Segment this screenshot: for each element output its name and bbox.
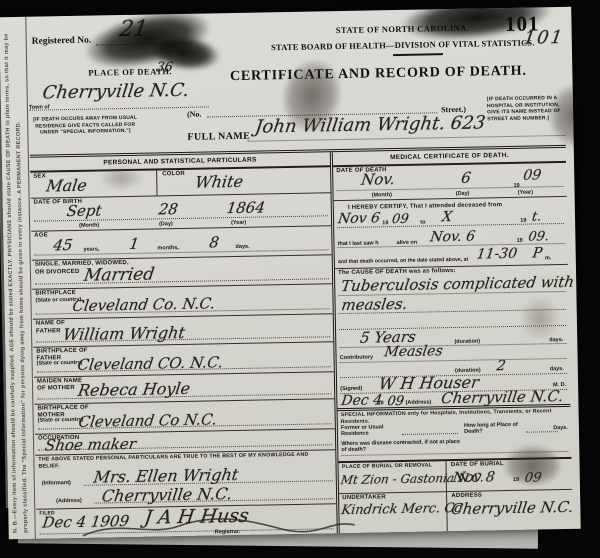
contributory-value: Measles — [384, 343, 444, 360]
dob-month-cap: (Month) — [79, 222, 99, 228]
contributory-label: Contributory — [340, 354, 373, 361]
death-certificate-document: N. B.—Every item of information should b… — [0, 7, 581, 539]
street-no-label: (No. — [187, 110, 202, 119]
burial-row-2: UNDERTAKER Kindrick Merc. Co ADDRESS Che… — [339, 490, 573, 533]
dod-day-cap: (Day) — [456, 191, 470, 197]
dod-year-cap: (Year) — [518, 190, 533, 196]
how-long-label: How long at Place of Death? — [464, 422, 526, 435]
header-divider — [393, 53, 443, 56]
attended-from-date: Nov 6 — [337, 210, 381, 227]
last-saw-year-hand: 09. — [527, 229, 550, 244]
contrib-duration-value: 2 — [496, 358, 507, 374]
undertaker-address-cell: ADDRESS Cherryville N.C. — [447, 490, 572, 531]
days-label: Days. — [553, 425, 568, 431]
undertaker-label: UNDERTAKER — [342, 494, 386, 502]
certificate-body: PERSONAL AND STATISTICAL PARTICULARS SEX… — [30, 145, 573, 539]
attended-to-mark: X — [441, 209, 453, 225]
undertaker-address-value: Cherryville N.C. — [450, 498, 575, 518]
attended-from-year-hand: 09 — [391, 212, 410, 227]
color-cell: COLOR White — [157, 167, 331, 195]
burial-place-label: PLACE OF BURIAL OR REMOVAL — [342, 462, 432, 470]
cause-value-line2: measles. — [340, 295, 408, 314]
sex-label: SEX — [33, 173, 46, 181]
mother-bp-value: Cleveland Co N.C. — [77, 410, 218, 431]
age-months-cap: months, — [157, 245, 178, 251]
age-label: AGE — [34, 232, 48, 240]
former-residence-line — [402, 433, 458, 435]
last-saw-date: Nov. 6 — [429, 229, 476, 246]
dod-day: 6 — [460, 169, 472, 187]
signed-address-value: Cherryville N.C. — [440, 387, 565, 407]
signed-year-printed: 19 — [378, 400, 384, 406]
dod-month: Nov. — [360, 170, 396, 189]
place-of-death-value: Cherryville N.C. — [41, 80, 190, 104]
mother-value: Rebeca Hoyle — [77, 379, 192, 400]
last-saw-year-printed: 19 — [517, 238, 523, 244]
color-value: White — [194, 172, 244, 192]
margin-line-2: The "Special Information" for persons dy… — [16, 121, 28, 475]
burial-date-value: Nov 8 — [452, 469, 496, 486]
marital-line — [35, 279, 329, 285]
dob-day-cap: (Day) — [159, 221, 173, 227]
age-years-value: 45 — [52, 236, 74, 254]
personal-particulars-column: PERSONAL AND STATISTICAL PARTICULARS SEX… — [30, 152, 340, 538]
attended-to-year-hand: t. — [531, 209, 542, 224]
color-label: COLOR — [162, 171, 185, 179]
father-bp-cap: (State or country) — [37, 359, 83, 366]
where-contracted-label: Where was disease contracted, if not at … — [341, 439, 461, 453]
signed-label: (Signed) — [340, 386, 362, 392]
residence-note: [If death occurs away from USUAL RESIDEN… — [29, 115, 141, 137]
father-value: William Wright — [62, 323, 187, 344]
informant-label: (Informant) — [42, 480, 71, 487]
birthplace-value: Cleveland Co. N.C. — [71, 295, 216, 316]
full-name-label: FULL NAME — [187, 131, 250, 143]
duration-days-cap: days. — [549, 337, 563, 343]
certificate-title: CERTIFICATE AND RECORD OF DEATH. — [188, 63, 568, 86]
attended-to-year-printed: 19 — [520, 218, 526, 224]
contrib-days-cap: days. — [550, 366, 564, 372]
signed-year-hand: 09 — [386, 394, 405, 409]
how-long-line — [526, 431, 558, 433]
informant-address-label: (Address) — [56, 498, 82, 504]
town-line — [29, 106, 209, 110]
former-residence-label: Former or Usual Residence — [341, 424, 401, 437]
dob-day: 28 — [158, 200, 180, 218]
special-info-title: SPECIAL INFORMATION only for Hospitals, … — [341, 408, 569, 425]
father-bp-value: Cleveland CO. N.C. — [76, 353, 224, 374]
dod-year-printed: 19 — [514, 183, 520, 189]
dod-month-cap: (Month) — [372, 192, 392, 198]
dob-year: 1864 — [226, 198, 267, 217]
dob-month: Sept — [66, 201, 103, 220]
date-of-birth-row: DATE OF BIRTH Sept 28 1864 (Month) (Day)… — [31, 193, 332, 232]
informant-address-value: Cherryville N.C. — [101, 484, 234, 505]
certification-block: I HEREBY CERTIFY, That I attended deceas… — [334, 197, 568, 269]
marital-value: Married — [83, 265, 156, 286]
death-ampm-value: P — [532, 245, 544, 261]
undertaker-value: Kindrick Merc. Co — [340, 501, 463, 518]
age-years-cap: years, — [83, 247, 99, 253]
dod-year-hand: 09 — [522, 167, 542, 183]
sex-value: Male — [45, 175, 88, 195]
age-days-cap: days. — [235, 244, 249, 250]
signed-address-label: (Address) — [406, 399, 432, 405]
registered-no-label: Registered No. — [32, 36, 92, 47]
death-time-value: 11-30 — [476, 246, 519, 263]
age-months-value: 1 — [128, 235, 140, 253]
duration-cap: (duration) — [454, 339, 480, 345]
dob-year-cap: (Year) — [231, 220, 246, 226]
occupation-value: Shoe maker — [44, 435, 137, 455]
death-m-label: m. — [545, 255, 552, 261]
contributory-line — [340, 358, 567, 363]
page-number-handwritten: 101 — [522, 27, 565, 49]
mother-bp-cap: (State or country) — [38, 417, 84, 424]
to-label: to — [420, 220, 425, 226]
date-of-death-row: DATE OF DEATH Nov. 6 19 09 (Month) (Day)… — [333, 163, 566, 201]
burial-place-cell: PLACE OF BURIAL OR REMOVAL Mt Zion - Gas… — [339, 461, 448, 493]
age-line — [35, 249, 329, 255]
attended-from-year-printed: 19 — [382, 220, 388, 226]
age-days-value: 8 — [208, 233, 220, 251]
death-occurred-label: and that death occurred, on the date sta… — [338, 257, 468, 265]
